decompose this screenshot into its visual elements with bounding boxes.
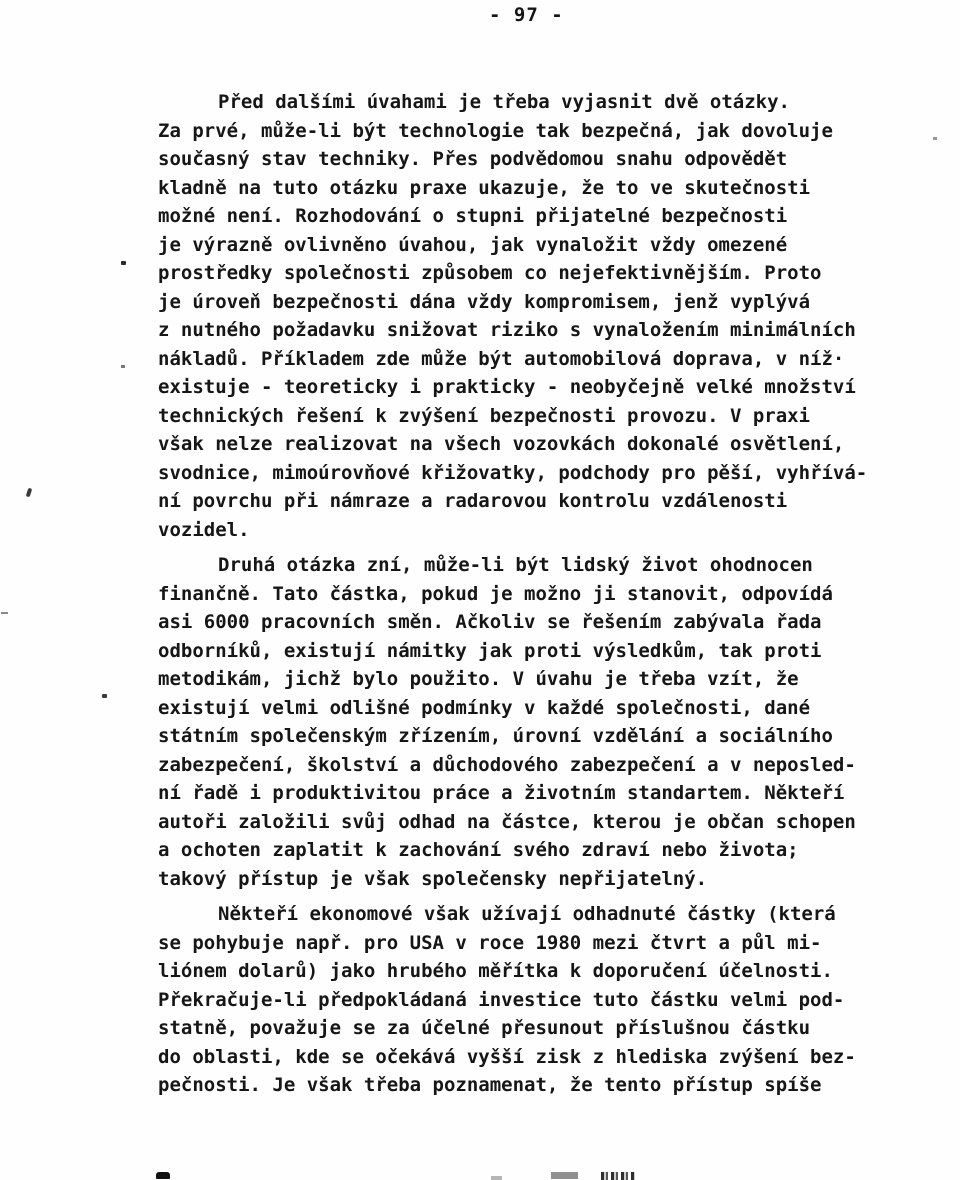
text-line: nákladů. Příkladem zde může být automobi…: [158, 345, 878, 374]
text-line: a ochoten zaplatit k zachování svého zdr…: [158, 836, 878, 865]
text-line: do oblasti, kde se očekává vyšší zisk z …: [158, 1043, 878, 1072]
text-line: z nutného požadavku snižovat riziko s vy…: [158, 316, 878, 345]
text-line: ní povrchu při námraze a radarovou kontr…: [158, 487, 878, 516]
text-line: ní řadě i produktivitou práce a životním…: [158, 779, 878, 808]
text-line: Za prvé, může-li být technologie tak bez…: [158, 117, 878, 146]
text-line: pečnosti. Je však třeba poznamenat, že t…: [158, 1071, 878, 1100]
scan-speck: [121, 261, 126, 265]
text-line: však nelze realizovat na všech vozovkách…: [158, 430, 878, 459]
text-line: Před dalšími úvahami je třeba vyjasnit d…: [158, 88, 878, 117]
text-line: finančně. Tato částka, pokud je možno ji…: [158, 580, 878, 609]
scan-speck: [26, 488, 33, 498]
text-line: kladně na tuto otázku praxe ukazuje, že …: [158, 174, 878, 203]
text-line: je výrazně ovlivněno úvahou, jak vynalož…: [158, 231, 878, 260]
scan-speck: [933, 137, 937, 140]
scan-speck: [102, 694, 107, 698]
document-page: - 97 - Před dalšími úvahami je třeba vyj…: [0, 0, 960, 1180]
text-line: technických řešení k zvýšení bezpečnosti…: [158, 402, 878, 431]
text-line: možné není. Rozhodování o stupni přijate…: [158, 202, 878, 231]
text-line: Překračuje-li předpokládaná investice tu…: [158, 986, 878, 1015]
text-line: autoři založili svůj odhad na částce, kt…: [158, 808, 878, 837]
cutoff-text-fragment: [156, 1172, 170, 1179]
page-body: Před dalšími úvahami je třeba vyjasnit d…: [158, 88, 878, 1100]
scanned-document: { "document": { "page_number": "- 97 -",…: [0, 0, 960, 1180]
text-line: statně, považuje se za účelné přesunout …: [158, 1014, 878, 1043]
cutoff-text-fragment: [551, 1172, 578, 1179]
text-line: svodnice, mimoúrovňové křižovatky, podch…: [158, 459, 878, 488]
text-line: takový přístup je však společensky nepři…: [158, 865, 878, 894]
text-line: je úroveň bezpečnosti dána vždy kompromi…: [158, 288, 878, 317]
text-line: metodikám, jichž bylo použito. V úvahu j…: [158, 665, 878, 694]
text-line: státním společenským zřízením, úrovní vz…: [158, 722, 878, 751]
text-line: Někteří ekonomové však užívají odhadnuté…: [158, 900, 878, 929]
text-line: se pohybuje např. pro USA v roce 1980 me…: [158, 929, 878, 958]
text-line: současný stav techniky. Přes podvědomou …: [158, 145, 878, 174]
page-number: - 97 -: [489, 4, 564, 26]
text-line: Druhá otázka zní, může-li být lidský živ…: [158, 551, 878, 580]
cutoff-text-fragment: [491, 1176, 502, 1180]
text-line: asi 6000 pracovních směn. Ačkoliv se řeš…: [158, 608, 878, 637]
text-line: existují velmi odlišné podmínky v každé …: [158, 694, 878, 723]
text-line: vozidel.: [158, 516, 878, 545]
text-line: existuje - teoreticky i prakticky - neob…: [158, 373, 878, 402]
text-line: prostředky společnosti způsobem co nejef…: [158, 259, 878, 288]
scan-speck: [121, 365, 125, 368]
text-line: liónem dolarů) jako hrubého měřítka k do…: [158, 957, 878, 986]
paragraph: Někteří ekonomové však užívají odhadnuté…: [158, 900, 878, 1100]
cutoff-text-fragment: [601, 1172, 635, 1180]
text-line: zabezpečení, školství a důchodového zabe…: [158, 751, 878, 780]
paragraph: Před dalšími úvahami je třeba vyjasnit d…: [158, 88, 878, 544]
scan-speck: [1, 612, 8, 614]
paragraph: Druhá otázka zní, může-li být lidský živ…: [158, 551, 878, 893]
text-line: odborníků, existují námitky jak proti vý…: [158, 637, 878, 666]
